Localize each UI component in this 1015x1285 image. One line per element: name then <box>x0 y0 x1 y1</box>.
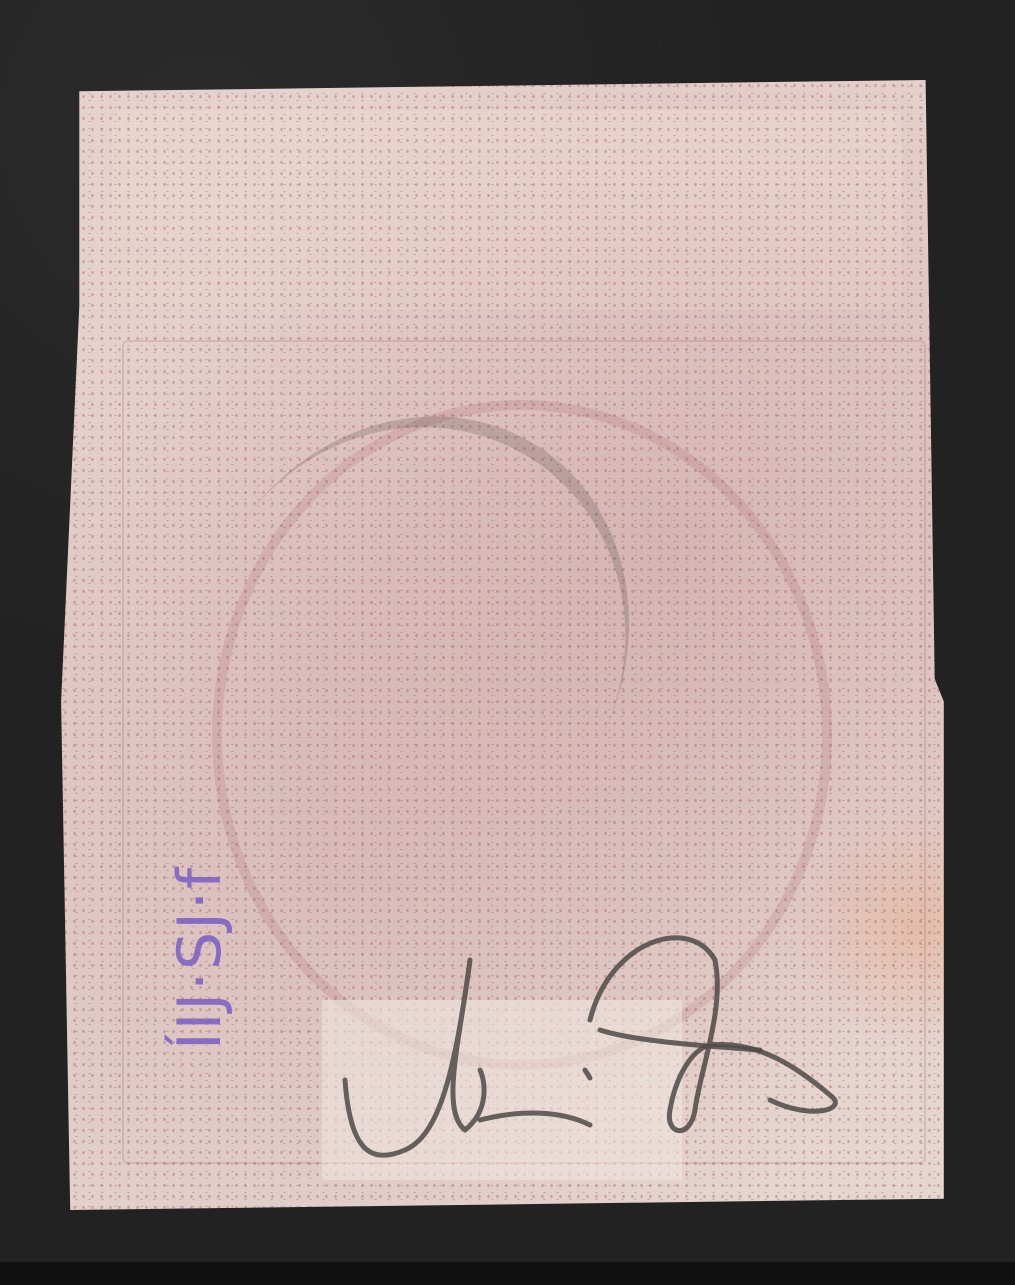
pencil-signature <box>330 920 890 1180</box>
expert-mark-stamp: ÍIJ·SJ·f <box>165 866 235 1050</box>
background-edge <box>0 1262 1015 1285</box>
